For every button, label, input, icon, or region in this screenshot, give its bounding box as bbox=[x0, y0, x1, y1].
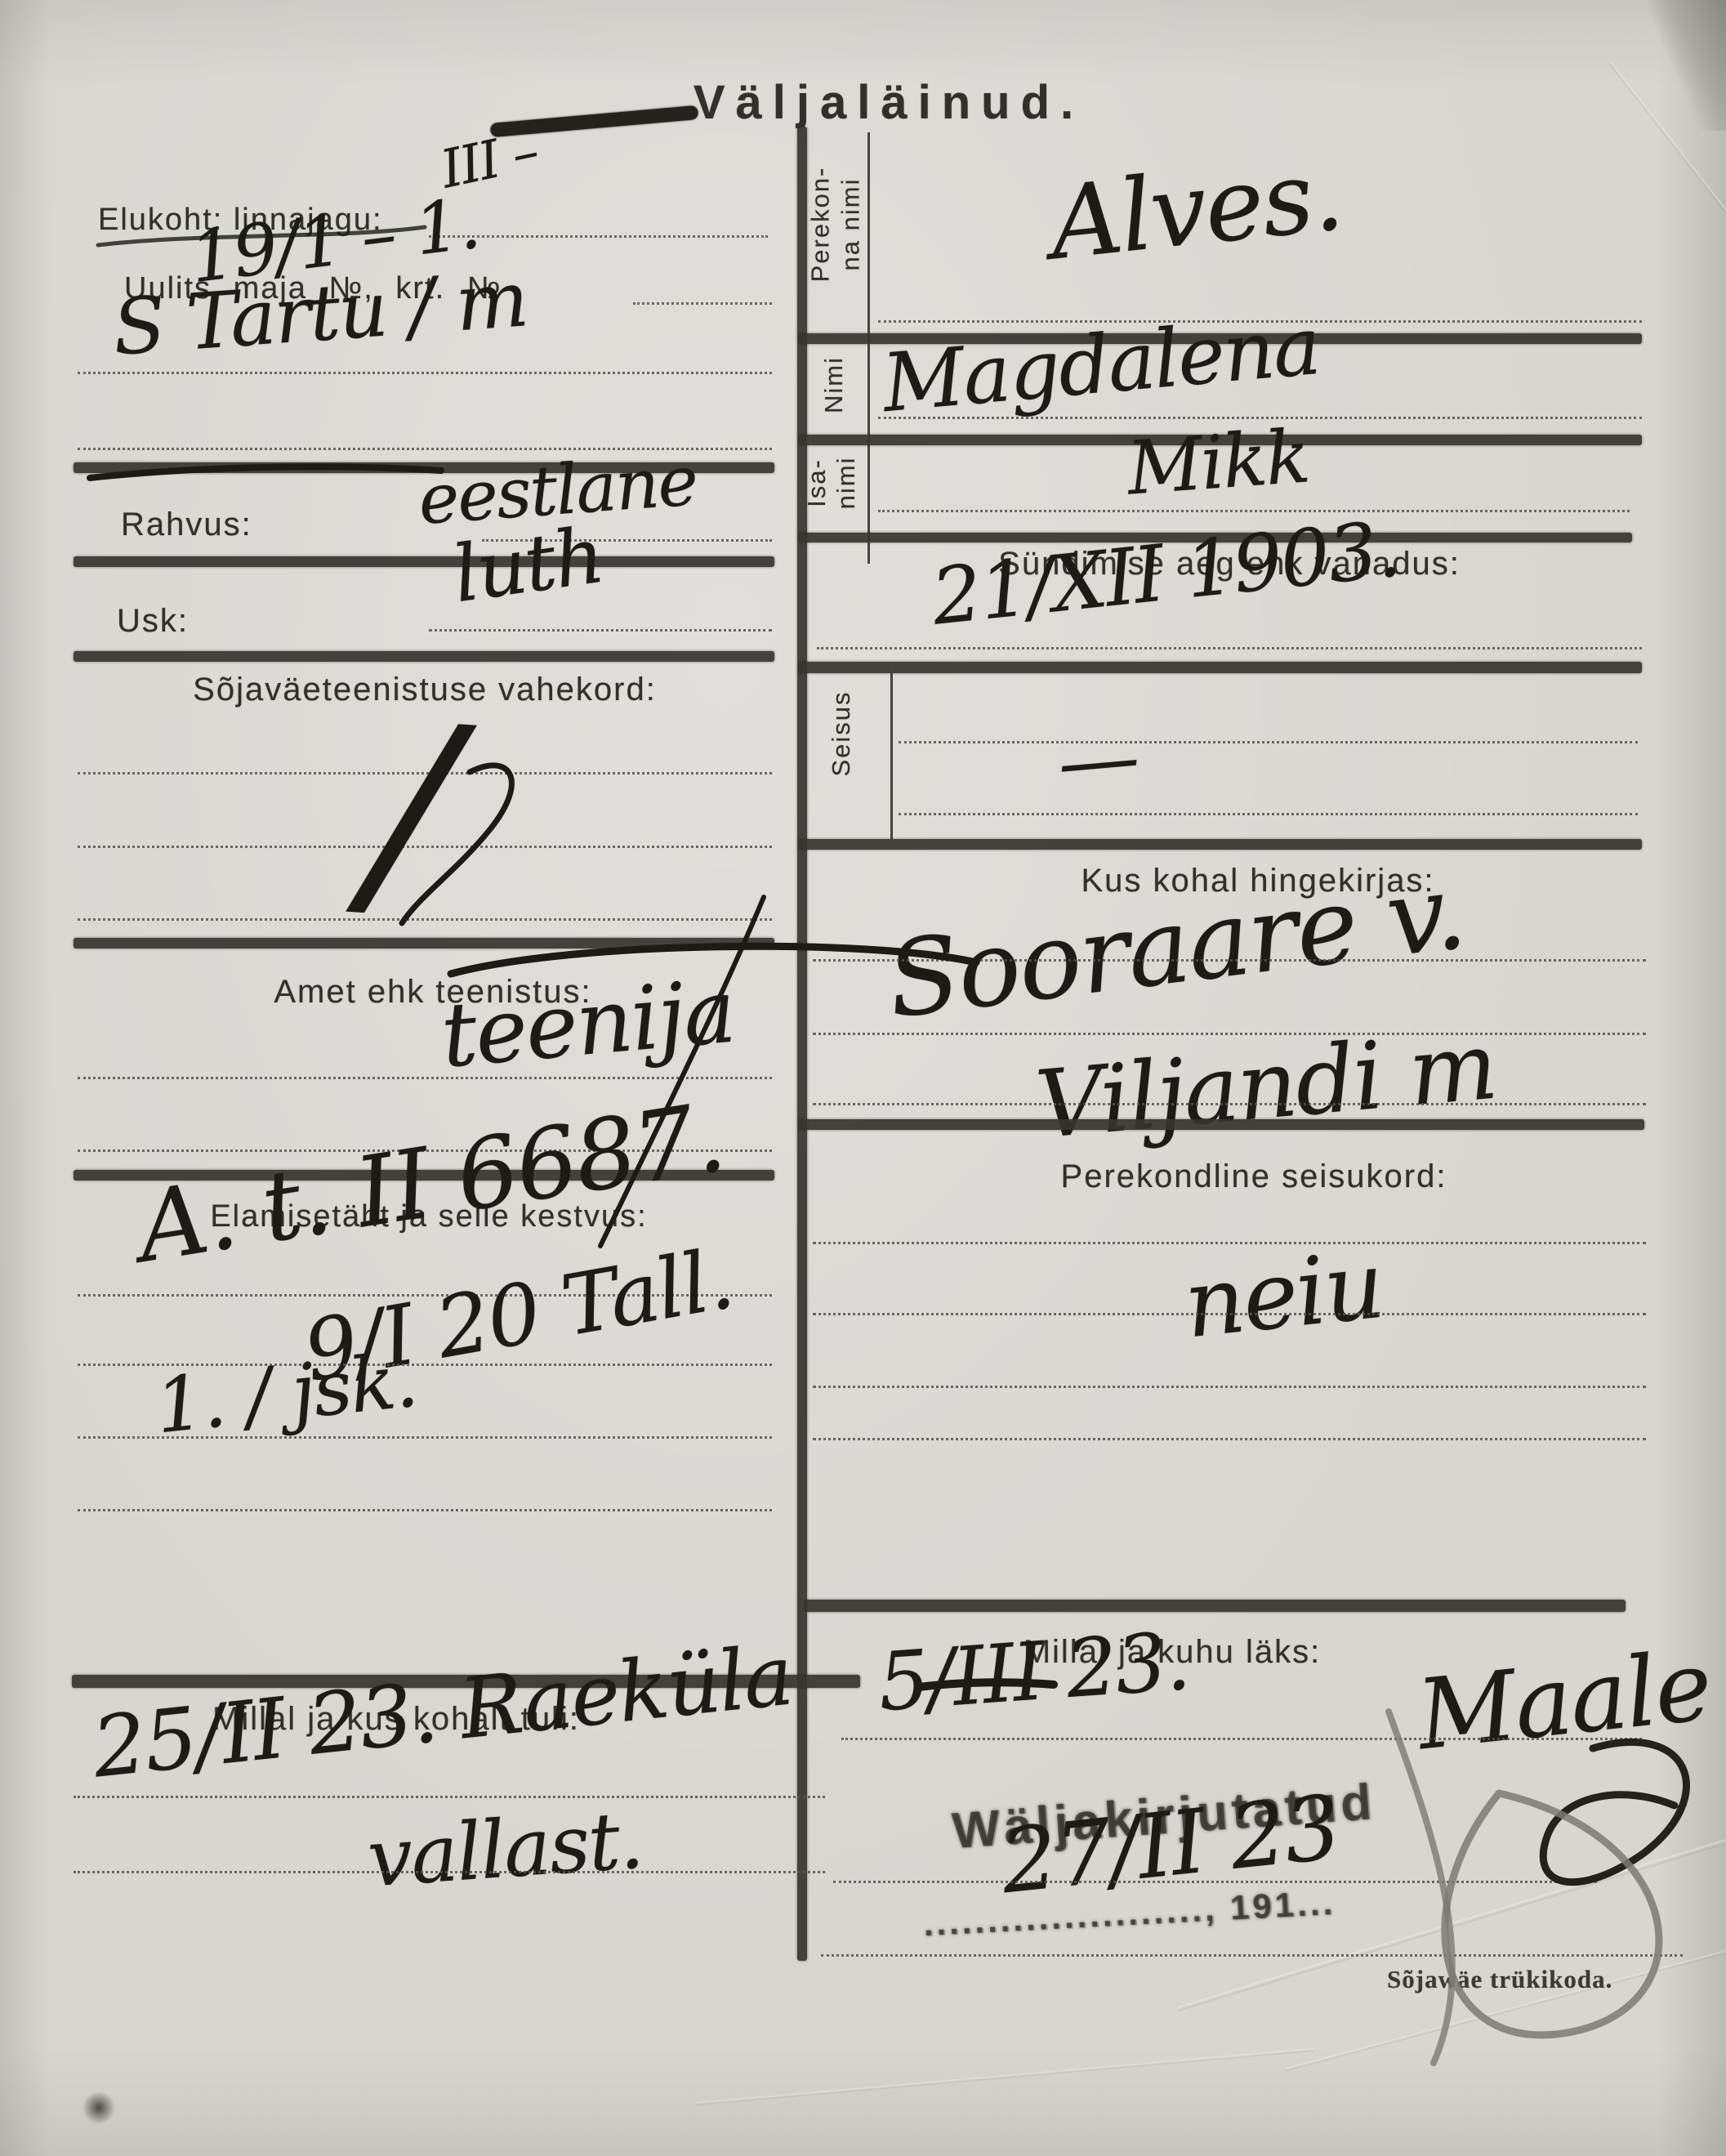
dotted-line bbox=[78, 1509, 772, 1511]
label-gutter-rule bbox=[890, 663, 893, 839]
field-label-perekondline: Perekondline seisukord: bbox=[1061, 1158, 1447, 1195]
dotted-line bbox=[74, 1871, 825, 1873]
dotted-line bbox=[821, 1954, 1683, 1957]
dotted-line bbox=[899, 813, 1638, 815]
field-label-nimi-text: Nimi bbox=[819, 356, 849, 413]
handwritten-perekondline: neiu bbox=[1180, 1239, 1387, 1352]
handwritten-nimi: Magdalena bbox=[880, 306, 1322, 424]
handwritten-tuli-1: 25/II 23. Raeküla bbox=[89, 1634, 796, 1790]
dotted-line bbox=[813, 1313, 1646, 1315]
scanned-form-page: Väljaläinud. Elukoht: linnajagu: III – U… bbox=[0, 0, 1726, 2156]
dotted-line bbox=[833, 1881, 1597, 1883]
dotted-line bbox=[841, 1738, 1642, 1740]
page-title: Väljaläinud. bbox=[694, 75, 1084, 130]
crease-line bbox=[695, 2048, 1313, 2105]
dotted-line bbox=[813, 959, 1646, 962]
dotted-line bbox=[78, 1436, 772, 1439]
handwritten-hingekiri-2: Viljandi m bbox=[1032, 1020, 1500, 1153]
section-rule bbox=[805, 1600, 1626, 1612]
printer-mark: Sõjawäe trükikoda. bbox=[1387, 1965, 1612, 1994]
handwritten-sojavae-mark: / bbox=[363, 692, 460, 934]
dotted-line bbox=[813, 1242, 1646, 1244]
field-label-rahvus: Rahvus: bbox=[121, 507, 252, 543]
dotted-line bbox=[74, 1796, 825, 1798]
field-label-seisus: Seisus bbox=[817, 664, 866, 803]
torn-corner bbox=[1648, 0, 1726, 131]
handwritten-sundimine: 21/XII 1903. bbox=[929, 511, 1403, 636]
handwritten-tuli-2: vallast. bbox=[365, 1800, 644, 1898]
dotted-line bbox=[813, 1438, 1646, 1440]
field-label-isanimi: Isa- nimi bbox=[805, 426, 859, 540]
handwritten-perekonnanimi: Alves. bbox=[1046, 145, 1346, 275]
handwritten-laks-place: Maale bbox=[1413, 1637, 1715, 1764]
dotted-line bbox=[78, 1077, 772, 1079]
section-rule bbox=[799, 1119, 1644, 1130]
dotted-line bbox=[633, 302, 772, 305]
field-label-seisus-text: Seisus bbox=[827, 690, 856, 776]
handwritten-hingekiri-1: Sooraare v. bbox=[882, 859, 1470, 1033]
ink-smudge bbox=[82, 2091, 116, 2124]
section-rule bbox=[74, 938, 774, 949]
dotted-line bbox=[813, 1103, 1646, 1105]
dotted-line bbox=[899, 741, 1638, 743]
handwritten-usk: luth bbox=[448, 517, 607, 615]
handwritten-amet: teenija bbox=[438, 968, 738, 1082]
handwritten-seisus: — bbox=[1055, 716, 1141, 804]
label-gutter-rule bbox=[867, 132, 870, 564]
section-rule bbox=[74, 556, 774, 567]
field-label-isanimi-line1: Isa- bbox=[802, 458, 832, 507]
dotted-line bbox=[78, 372, 772, 374]
dotted-line bbox=[429, 629, 772, 632]
field-label-usk: Usk: bbox=[117, 603, 189, 640]
field-label-isanimi-line2: nimi bbox=[832, 457, 861, 510]
dotted-line bbox=[878, 510, 1630, 512]
section-rule bbox=[799, 839, 1642, 850]
field-label-nimi: Nimi bbox=[809, 340, 859, 430]
section-rule bbox=[799, 662, 1642, 673]
field-label-perekonnanimi: Perekon- na nimi bbox=[805, 151, 866, 298]
field-label-perekonnanimi-line2: na nimi bbox=[835, 178, 865, 271]
field-label-perekonnanimi-line1: Perekon- bbox=[805, 167, 835, 283]
handwritten-laks-date: 5/III 23. bbox=[876, 1622, 1191, 1723]
dotted-line bbox=[817, 647, 1642, 649]
handwritten-isanimi: Mikk bbox=[1125, 420, 1311, 506]
handwritten-elamisetaht-3: 1. / jsk. bbox=[152, 1343, 420, 1445]
section-rule bbox=[74, 651, 774, 662]
dotted-line bbox=[813, 1386, 1646, 1388]
